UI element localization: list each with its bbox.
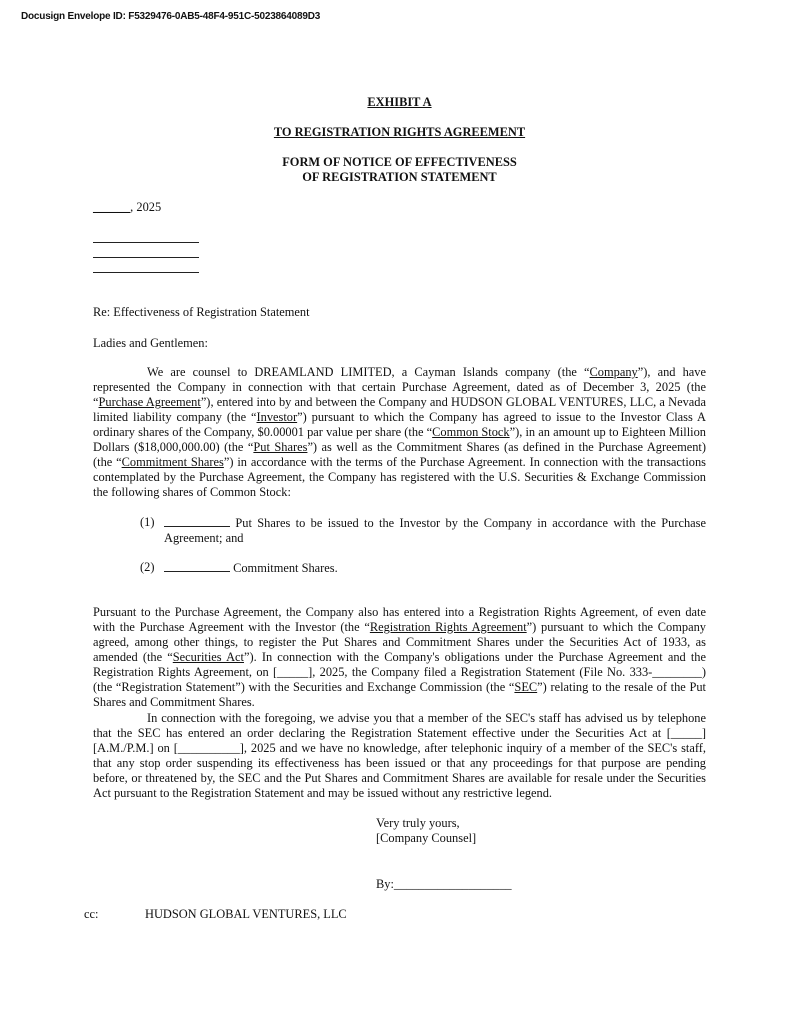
closing-line: Very truly yours, xyxy=(376,816,460,831)
address-line-3 xyxy=(93,272,199,273)
defined-term-common-stock: Common Stock xyxy=(432,425,509,439)
cc-recipient: HUDSON GLOBAL VENTURES, LLC xyxy=(145,907,347,922)
paragraph-effectiveness: In connection with the foregoing, we adv… xyxy=(93,711,706,801)
form-title-line1: FORM OF NOTICE OF EFFECTIVENESS xyxy=(93,155,706,170)
address-line-1 xyxy=(93,242,199,243)
defined-term-company: Company xyxy=(590,365,638,379)
list-item-number: (1) xyxy=(140,515,154,530)
defined-term-investor: Investor xyxy=(257,410,298,424)
exhibit-subtitle-text: TO REGISTRATION RIGHTS AGREEMENT xyxy=(274,125,525,139)
list-item-number: (2) xyxy=(140,560,154,575)
address-line-2 xyxy=(93,257,199,258)
list-item-text: Put Shares to be issued to the Investor … xyxy=(164,515,706,546)
exhibit-subtitle: TO REGISTRATION RIGHTS AGREEMENT xyxy=(93,125,706,140)
list-item-text: Commitment Shares. xyxy=(164,560,706,576)
defined-term-registration-rights-agreement: Registration Rights Agreement xyxy=(370,620,527,634)
paragraph-registration-rights: Pursuant to the Purchase Agreement, the … xyxy=(93,605,706,710)
letter-date: ______, 2025 xyxy=(93,200,161,215)
defined-term-purchase-agreement: Purchase Agreement xyxy=(99,395,201,409)
docusign-envelope-id: Docusign Envelope ID: F5329476-0AB5-48F4… xyxy=(21,11,320,22)
form-title: FORM OF NOTICE OF EFFECTIVENESS OF REGIS… xyxy=(93,155,706,185)
closing-signatory: [Company Counsel] xyxy=(376,831,476,846)
date-year: , 2025 xyxy=(130,200,161,214)
share-count-blank xyxy=(164,515,230,527)
defined-term-sec: SEC xyxy=(514,680,537,694)
date-blank: ______ xyxy=(93,200,130,214)
defined-term-commitment-shares: Commitment Shares xyxy=(122,455,224,469)
exhibit-heading-text: EXHIBIT A xyxy=(367,95,431,109)
share-count-blank xyxy=(164,560,230,572)
defined-term-securities-act: Securities Act xyxy=(173,650,244,664)
paragraph-intro: We are counsel to DREAMLAND LIMITED, a C… xyxy=(93,365,706,500)
re-line: Re: Effectiveness of Registration Statem… xyxy=(93,305,310,320)
exhibit-heading: EXHIBIT A xyxy=(93,95,706,110)
defined-term-put-shares: Put Shares xyxy=(253,440,307,454)
cc-label: cc: xyxy=(84,907,98,922)
salutation: Ladies and Gentlemen: xyxy=(93,336,208,351)
signature-line: By:___________________ xyxy=(376,877,512,892)
form-title-line2: OF REGISTRATION STATEMENT xyxy=(93,170,706,185)
